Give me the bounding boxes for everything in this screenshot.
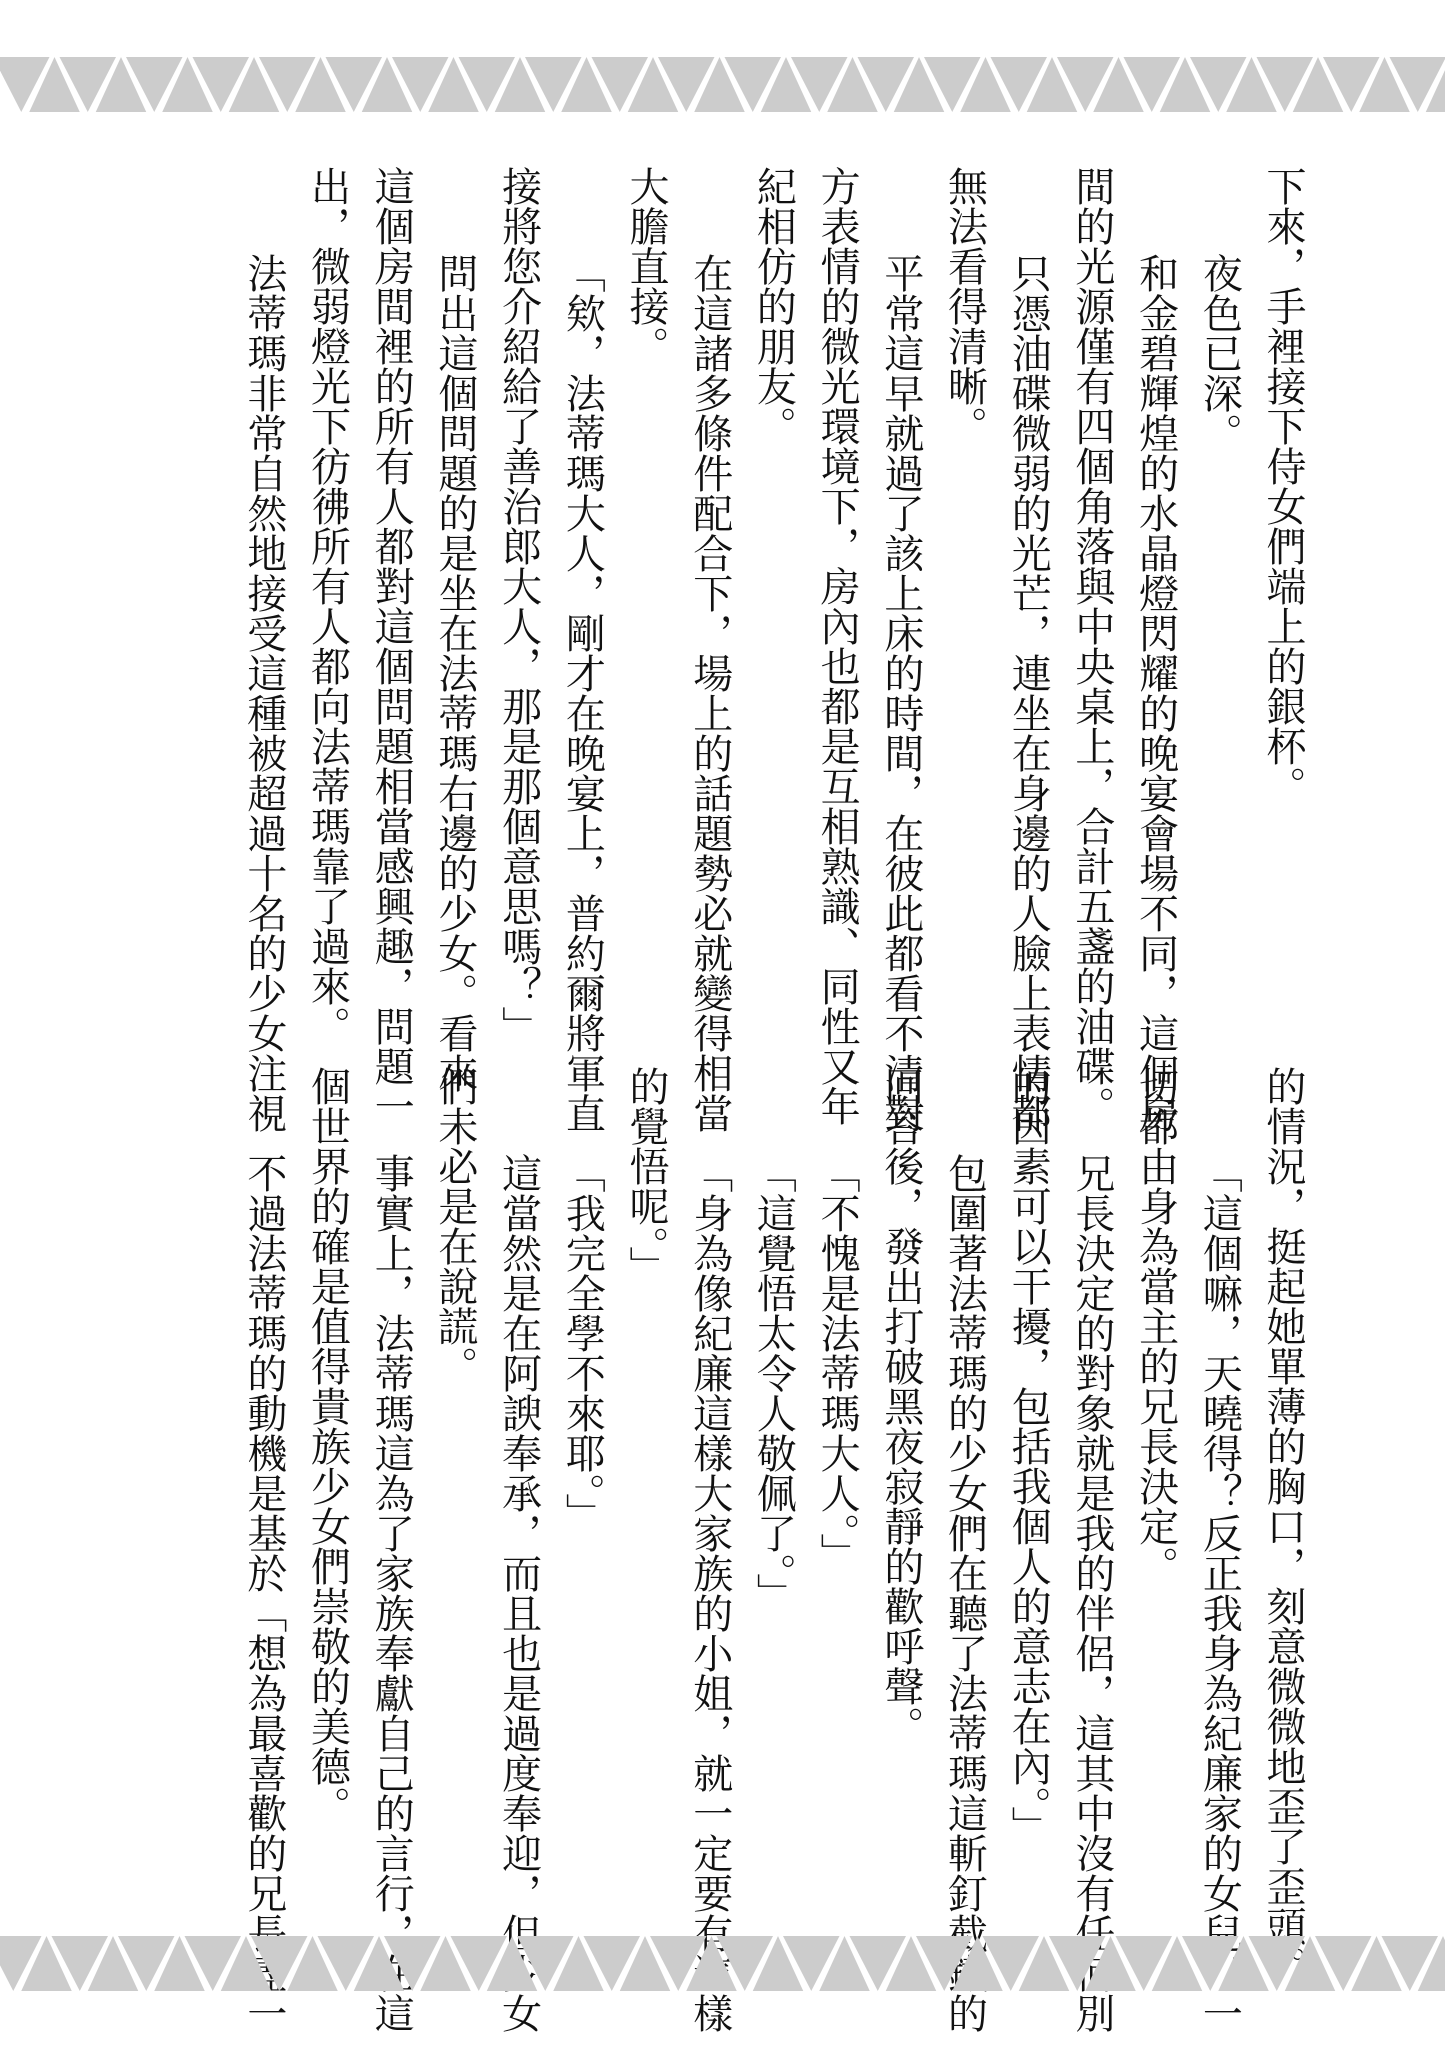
text-column: 的因素可以干擾，包括我個人的意志在內。」 xyxy=(999,1066,1049,1846)
text-column: 下來，手裡接下侍女們端上的銀杯。 xyxy=(1254,166,1304,806)
text-column: 「我完全學不來耶。」 xyxy=(553,1066,603,1533)
text-column: 不過法蒂瑪的動機是基於「想為最喜歡的兄長盡一 xyxy=(235,1066,285,2033)
text-column: 「身為像紀廉這樣大家族的小姐，就一定要有這樣 xyxy=(681,1066,731,2033)
text-column: 問出這個問題的是坐在法蒂瑪右邊的少女。看來 xyxy=(426,166,476,1093)
triangle-pattern-icon xyxy=(0,57,1445,112)
text-column: 「欸，法蒂瑪大人，剛才在晚宴上，普約爾將軍直 xyxy=(553,166,603,1133)
bottom-decorative-border xyxy=(0,1936,1445,1991)
bottom-text-block: 的情況，挺起她單薄的胸口，刻意微微地歪了歪頭。「這個嘛，天曉得？反正我身為紀廉家… xyxy=(184,1066,1304,1856)
text-column: 在這諸多條件配合下，場上的話題勢必就變得相當 xyxy=(681,166,731,1133)
text-column: 夜色已深。 xyxy=(1190,166,1240,453)
text-column: 們未必是在說謊。 xyxy=(426,1066,476,1386)
text-column: 紀相仿的朋友。 xyxy=(744,166,794,446)
text-column: 回答後，發出打破黑夜寂靜的歡呼聲。 xyxy=(872,1066,922,1746)
text-column: 包圍著法蒂瑪的少女們在聽了法蒂瑪這斬釘截鐵的 xyxy=(936,1066,986,2033)
text-column: 「這個嘛，天曉得？反正我身為紀廉家的女兒，一 xyxy=(1190,1066,1240,2033)
text-column: 切都由身為當主的兄長決定。 xyxy=(1127,1066,1177,1586)
text-column: 兄長決定的對象就是我的伴侶，這其中沒有任何別 xyxy=(1063,1066,1113,2033)
text-column: 的覺悟呢。」 xyxy=(617,1066,667,1286)
text-column: 間的光源僅有四個角落與中央桌上，合計五盞的油碟。 xyxy=(1063,166,1113,1126)
text-column: 這個房間裡的所有人都對這個問題相當感興趣，問題一 xyxy=(362,166,412,1126)
text-column: 事實上，法蒂瑪這為了家族奉獻自己的言行，在這 xyxy=(362,1066,412,2033)
text-column: 「不愧是法蒂瑪大人。」 xyxy=(808,1066,858,1573)
text-column: 的情況，挺起她單薄的胸口，刻意微微地歪了歪頭。 xyxy=(1254,1066,1304,1986)
triangle-pattern-icon xyxy=(0,1936,1445,1991)
top-text-block: 下來，手裡接下侍女們端上的銀杯。夜色已深。和金碧輝煌的水晶燈閃耀的晚宴會場不同，… xyxy=(184,166,1304,956)
text-column: 平常這早就過了該上床的時間，在彼此都看不清對 xyxy=(872,166,922,1133)
text-column: 無法看得清晰。 xyxy=(936,166,986,446)
text-column: 出，微弱燈光下彷彿所有人都向法蒂瑪靠了過來。 xyxy=(299,166,349,1046)
text-column: 只憑油碟微弱的光芒，連坐在身邊的人臉上表情都 xyxy=(999,166,1049,1133)
top-decorative-border xyxy=(0,57,1445,112)
text-column: 大膽直接。 xyxy=(617,166,667,366)
text-column: 接將您介紹給了善治郎大人，那是那個意思嗎？」 xyxy=(490,166,540,1046)
text-column: 和金碧輝煌的水晶燈閃耀的晚宴會場不同，這個房 xyxy=(1127,166,1177,1133)
text-column: 這當然是在阿諛奉承，而且也是過度奉迎，但少女 xyxy=(490,1066,540,2033)
text-column: 「這覺悟太令人敬佩了。」 xyxy=(744,1066,794,1613)
text-column: 個世界的確是值得貴族少女們崇敬的美德。 xyxy=(299,1066,349,1826)
text-column: 方表情的微光環境下，房內也都是互相熟識、同性又年 xyxy=(808,166,858,1126)
text-column: 法蒂瑪非常自然地接受這種被超過十名的少女注視 xyxy=(235,166,285,1133)
